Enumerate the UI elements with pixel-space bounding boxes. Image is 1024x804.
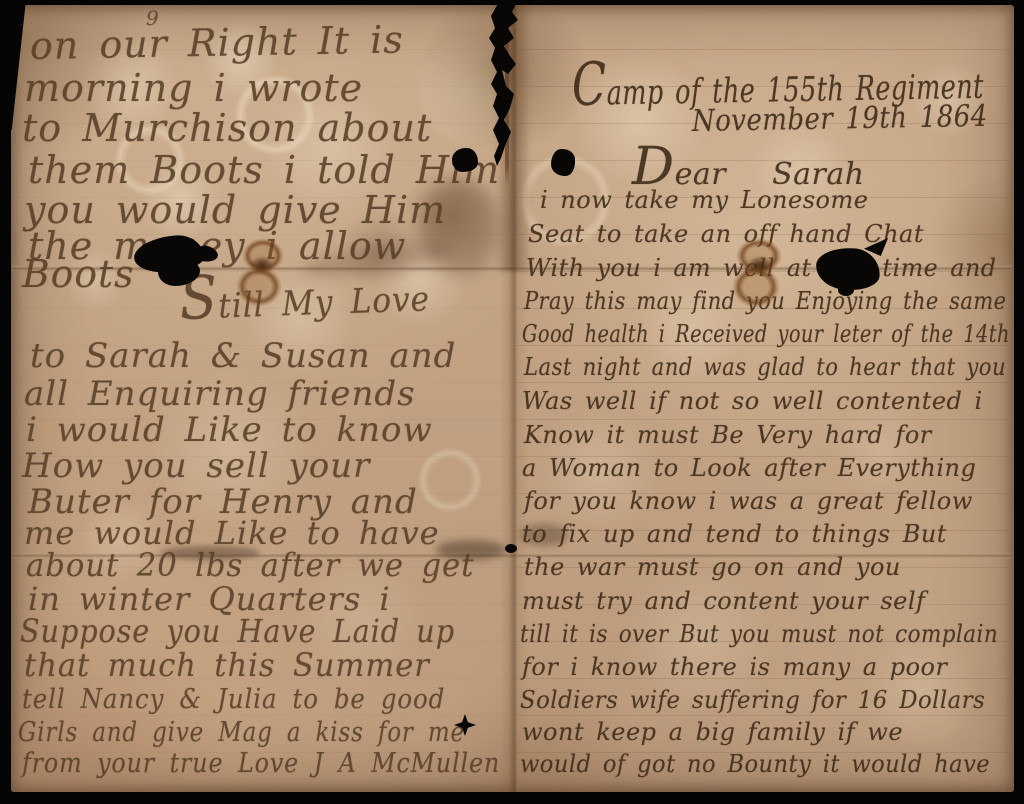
handwriting-line: morning i wrote <box>24 66 470 110</box>
scan-border-right <box>1014 0 1024 804</box>
scan-border-bottom <box>0 792 1024 804</box>
handwriting-line: till it is over But you must not complai… <box>520 620 948 648</box>
handwriting-line: for you know i was a great fellow <box>524 487 986 515</box>
handwriting-line: to Sarah & Susan and <box>30 336 485 376</box>
handwriting-line: Was well if not so well contented i <box>522 387 992 415</box>
handwriting-line: Still My Love <box>179 268 410 328</box>
handwriting-line: would of got no Bounty it would have <box>520 750 962 778</box>
handwriting-line: Boots <box>22 252 133 296</box>
handwriting-line: to fix up and tend to things But <box>522 520 987 548</box>
paper-hole <box>452 148 478 172</box>
paper-hole <box>838 284 854 296</box>
handwriting-line: from your true Love J A McMullen <box>22 748 443 779</box>
handwriting-line: Girls and give Mag a kiss for me <box>18 717 398 748</box>
handwriting-line: must try and content your self <box>522 587 980 615</box>
letter-scan: on our Right It is morning i wrote to Mu… <box>0 0 1024 804</box>
handwriting-line: i would Like to know <box>26 410 495 450</box>
handwriting-line: all Enquiring friends <box>24 374 510 414</box>
handwriting-line: i now take my Lonesome <box>540 186 960 214</box>
handwriting-line: about 20 lbs after we get <box>26 546 457 584</box>
handwriting-line: Know it must Be Very hard for <box>524 421 974 449</box>
paper-tear <box>478 0 542 190</box>
burn-stain-core <box>249 256 275 274</box>
scan-border-top <box>0 0 1024 5</box>
page-number-mark: 9 <box>146 6 170 30</box>
burn-stain-core <box>746 256 774 274</box>
letter-heading-date: November 19th 1864 <box>692 100 949 139</box>
handwriting-line: Last night and was glad to hear that you <box>524 353 950 381</box>
handwriting-line: Suppose you Have Laid up <box>20 612 410 650</box>
handwriting-line: a Woman to Look after Everything <box>522 454 990 482</box>
handwriting-line: the war must go on and you <box>524 553 966 581</box>
handwriting-line: them Boots i told Him <box>28 148 510 192</box>
handwriting-line: on our Right It is <box>30 16 471 68</box>
paper-hole <box>551 149 575 176</box>
handwriting-line: wont keep a big family if we <box>522 718 964 746</box>
handwriting-line: Soldiers wife suffering for 16 Dollars <box>520 686 961 714</box>
handwriting-line: Good health i Received your leter of the… <box>522 320 916 348</box>
handwriting-line: for i know there is many a poor <box>522 653 980 681</box>
handwriting-line: tell Nancy & Julia to be good <box>22 684 405 715</box>
handwriting-line: to Murchison about <box>22 106 480 150</box>
handwriting-line: How you sell your <box>22 446 440 486</box>
handwriting-line: that much this Summer <box>24 646 412 684</box>
paper-hole <box>505 544 517 553</box>
